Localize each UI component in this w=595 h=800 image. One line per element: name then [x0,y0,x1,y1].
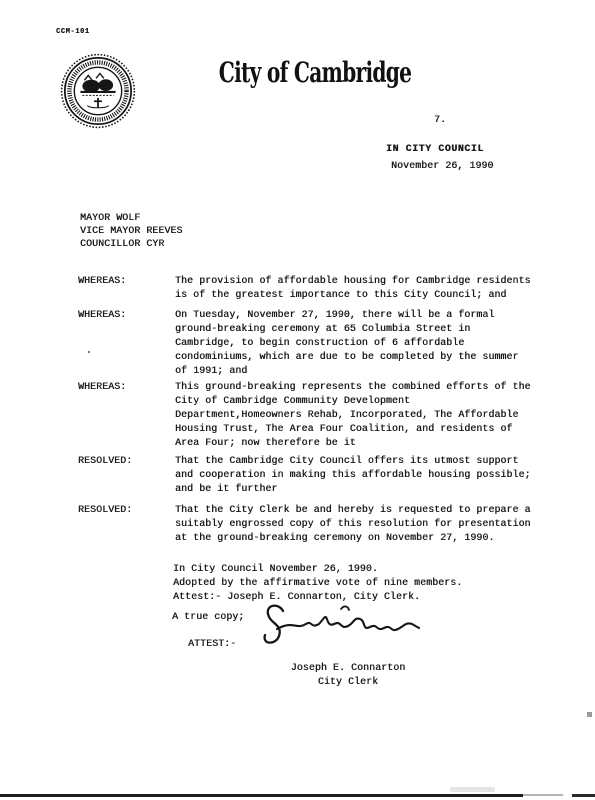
scan-speck-artifact [587,712,592,717]
city-seal-icon [59,52,137,130]
form-number: CCM-101 [56,25,90,39]
agenda-item-number: 7. [434,113,446,127]
attest-label: ATTEST:- [188,637,236,651]
clause-text: This ground-breaking represents the comb… [175,380,535,450]
page-title: City of Cambridge [203,56,426,90]
signature-strokes [253,600,425,650]
scan-edge-line-dash [572,794,595,797]
document-page: CCM-101 City of Cambridge 7. IN CITY COU… [0,0,595,800]
clause-label: RESOLVED: [78,503,132,517]
clause-label: WHEREAS: [78,308,126,322]
clause-label: WHEREAS: [78,380,126,394]
clause-label: WHEREAS: [78,274,126,288]
clause-text: The provision of affordable housing for … [175,274,535,302]
true-copy-label: A true copy; [172,610,244,624]
clause-text: That the City Clerk be and hereby is req… [175,503,535,545]
scan-edge-line [0,794,523,797]
clause-label: RESOLVED: [78,454,132,468]
scan-edge-line-faint [523,794,563,796]
clerk-signature-icon [253,600,425,650]
city-seal-graphic [59,52,137,130]
council-date: November 26, 1990 [391,159,493,173]
clause-text: That the Cambridge City Council offers i… [175,454,535,496]
adoption-statement: In City Council November 26, 1990. Adopt… [173,562,462,604]
council-header: IN CITY COUNCIL [386,142,484,156]
scan-smudge-artifact [450,787,495,792]
clause-text: On Tuesday, November 27, 1990, there wil… [175,308,535,378]
sponsor-list: MAYOR WOLF VICE MAYOR REEVES COUNCILLOR … [80,211,182,250]
scan-dot-artifact [88,351,90,353]
signer-name-block: Joseph E. Connarton City Clerk [283,661,413,689]
